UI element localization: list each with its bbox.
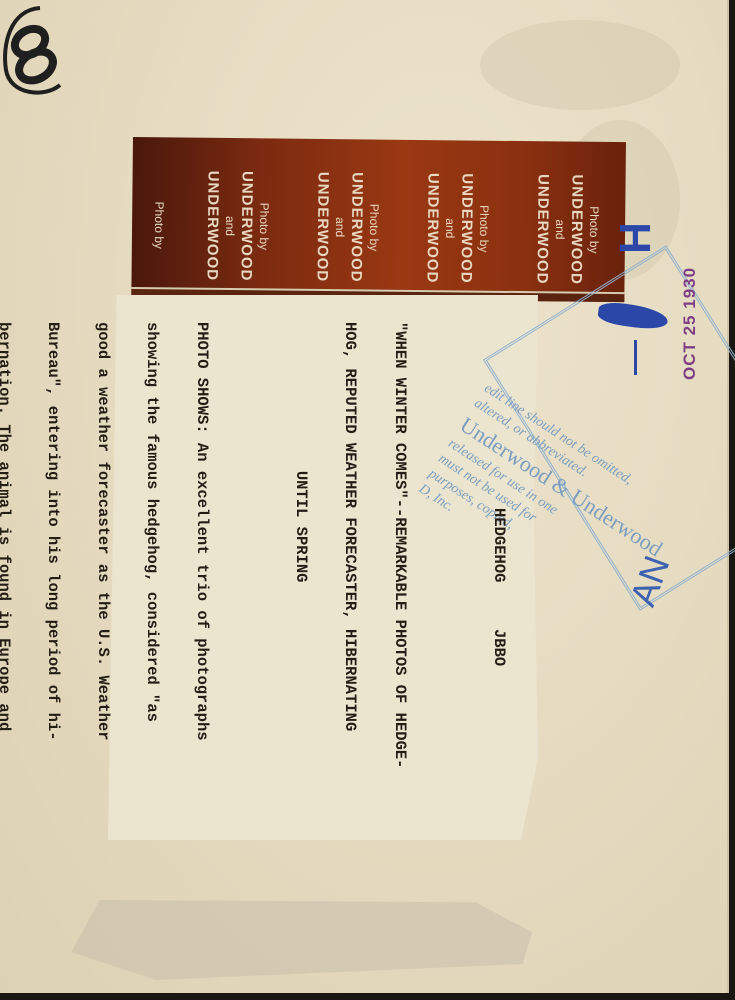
headline-line: HOG, REPUTED WEATHER FORECASTER, HIBERNA… <box>342 322 359 842</box>
credit-strip: Photo by UNDERWOOD and UNDERWOOD Photo b… <box>131 137 626 302</box>
credit-name: UNDERWOOD <box>203 156 221 296</box>
body-line: showing the famous hedgehog, considered … <box>144 322 161 842</box>
slug-line: HEDGEHOG JBBO <box>491 322 508 842</box>
credit-block-partial: Photo by <box>149 155 167 295</box>
circled-number-mark <box>0 0 70 100</box>
credit-photo-by: Photo by <box>254 156 272 296</box>
credit-name: UNDERWOOD <box>347 157 365 297</box>
credit-name: UNDERWOOD <box>423 158 441 298</box>
headline-line: "WHEN WINTER COMES"--REMARKABLE PHOTOS O… <box>392 322 409 842</box>
credit-photo-by: Photo by <box>149 155 167 295</box>
headline-line-wrap: UNTIL SPRING <box>293 322 310 842</box>
headline-line: UNTIL SPRING <box>292 471 310 583</box>
credit-name: UNDERWOOD <box>457 158 475 298</box>
credit-and: and <box>220 156 238 296</box>
body-line: good a weather forecaster as the U.S. We… <box>95 322 112 842</box>
credit-and: and <box>440 158 458 298</box>
credit-block: Photo by UNDERWOOD and UNDERWOOD <box>203 156 272 297</box>
credit-name: UNDERWOOD <box>313 157 331 297</box>
credit-name: UNDERWOOD <box>567 160 585 300</box>
credit-photo-by: Photo by <box>584 160 602 300</box>
body-line: Bureau", entering into his long period o… <box>45 322 62 842</box>
credit-photo-by: Photo by <box>364 157 382 297</box>
body-line: bernation. The animal is found in Europe… <box>0 322 12 842</box>
credit-and: and <box>330 157 348 297</box>
tape-residue <box>62 900 532 980</box>
stain <box>480 20 680 110</box>
slug: HEDGEHOG <box>490 508 508 582</box>
credit-photo-by: Photo by <box>474 159 492 299</box>
body-line: PHOTO SHOWS: An excellent trio of photog… <box>194 322 211 842</box>
code: JBBO <box>490 629 508 666</box>
credit-name: UNDERWOOD <box>237 156 255 296</box>
typed-caption: HEDGEHOG JBBO "WHEN WINTER COMES"--REMAR… <box>0 322 540 842</box>
pencil-dash <box>634 340 637 375</box>
credit-and: and <box>550 159 568 299</box>
date-stamp: OCT 25 1930 <box>680 267 700 380</box>
pencil-mark-h: H <box>609 222 659 254</box>
photo-card-back: Photo by UNDERWOOD and UNDERWOOD Photo b… <box>0 0 729 993</box>
credit-block: Photo by UNDERWOOD and UNDERWOOD <box>533 159 602 300</box>
credit-block: Photo by UNDERWOOD and UNDERWOOD <box>423 158 492 299</box>
credit-name: UNDERWOOD <box>533 159 551 299</box>
credit-block: Photo by UNDERWOOD and UNDERWOOD <box>313 157 382 298</box>
